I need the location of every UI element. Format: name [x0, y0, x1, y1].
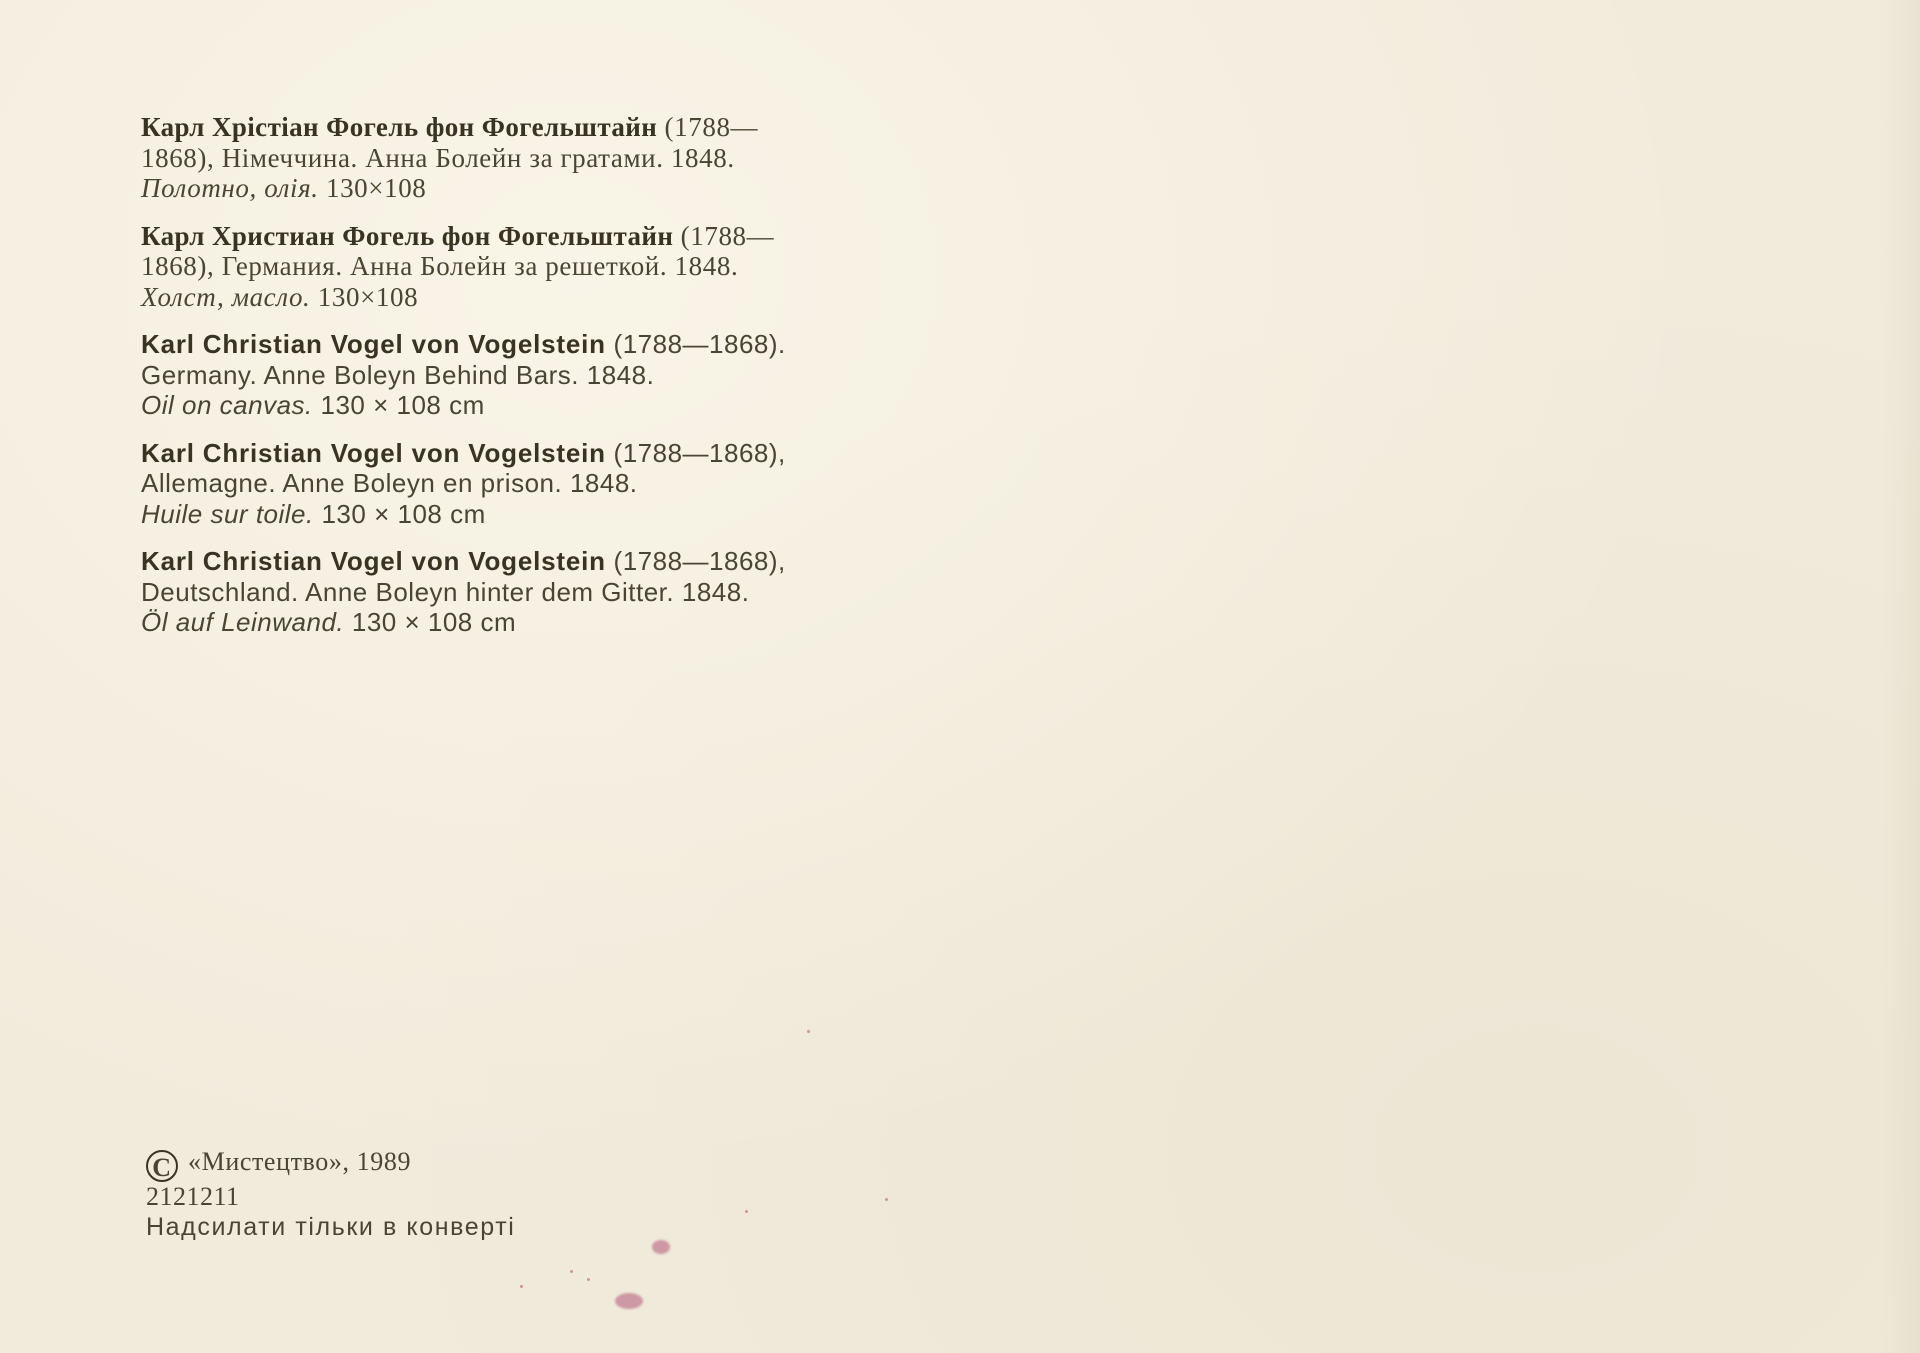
ink-speck: [587, 1278, 590, 1281]
caption-german: Karl Christian Vogel von Vogelstein (178…: [141, 546, 1021, 638]
artist-name: Карл Христиан Фогель фон Фогельштайн: [141, 221, 673, 251]
medium: Холст, масло.: [141, 282, 310, 312]
dimensions: 130 × 108 cm: [352, 607, 516, 637]
artist-dates: (1788—: [665, 112, 759, 142]
medium: Oil on canvas.: [141, 390, 313, 420]
caption-french: Karl Christian Vogel von Vogelstein (178…: [141, 438, 1021, 530]
paper-edge: [1880, 0, 1920, 1353]
caption-details: Germany. Anne Boleyn Behind Bars. 1848.: [141, 360, 1021, 391]
artist-name: Karl Christian Vogel von Vogelstein: [141, 329, 606, 359]
caption-details: Allemagne. Anne Boleyn en prison. 1848.: [141, 468, 1021, 499]
mailing-note: Надсилати тільки в конверті: [146, 1212, 515, 1242]
dimensions: 130×108: [326, 173, 426, 203]
caption-details: 1868), Німеччина. Анна Болейн за гратами…: [141, 143, 1021, 174]
ink-speck: [885, 1198, 888, 1201]
ink-stain: [652, 1240, 670, 1254]
medium: Полотно, олія.: [141, 173, 319, 203]
artist-dates: (1788—: [681, 221, 775, 251]
artist-name: Karl Christian Vogel von Vogelstein: [141, 546, 606, 576]
ink-stain: [615, 1293, 643, 1309]
artist-dates: (1788—1868),: [614, 438, 786, 468]
publisher-footer: C«Мистецтво», 1989 2121211 Надсилати тіл…: [146, 1147, 515, 1242]
publisher: «Мистецтво», 1989: [188, 1147, 411, 1176]
caption-details: Deutschland. Anne Boleyn hinter dem Gitt…: [141, 577, 1021, 608]
caption-english: Karl Christian Vogel von Vogelstein (178…: [141, 329, 1021, 421]
dimensions: 130 × 108 cm: [320, 390, 484, 420]
dimensions: 130 × 108 cm: [321, 499, 485, 529]
ink-speck: [807, 1030, 810, 1033]
caption-list: Карл Хрістіан Фогель фон Фогельштайн (17…: [141, 112, 1021, 655]
artist-name: Карл Хрістіан Фогель фон Фогельштайн: [141, 112, 657, 142]
dimensions: 130×108: [318, 282, 418, 312]
artist-name: Karl Christian Vogel von Vogelstein: [141, 438, 606, 468]
artist-dates: (1788—1868).: [614, 329, 786, 359]
copyright-icon: C: [146, 1150, 178, 1182]
medium: Öl auf Leinwand.: [141, 607, 344, 637]
ink-speck: [745, 1210, 748, 1213]
caption-details: 1868), Германия. Анна Болейн за решеткой…: [141, 251, 1021, 282]
artist-dates: (1788—1868),: [614, 546, 786, 576]
ink-speck: [570, 1270, 573, 1273]
caption-ukrainian: Карл Хрістіан Фогель фон Фогельштайн (17…: [141, 112, 1021, 204]
caption-russian: Карл Христиан Фогель фон Фогельштайн (17…: [141, 221, 1021, 313]
catalog-code: 2121211: [146, 1182, 515, 1212]
medium: Huile sur toile.: [141, 499, 314, 529]
ink-speck: [520, 1285, 523, 1288]
